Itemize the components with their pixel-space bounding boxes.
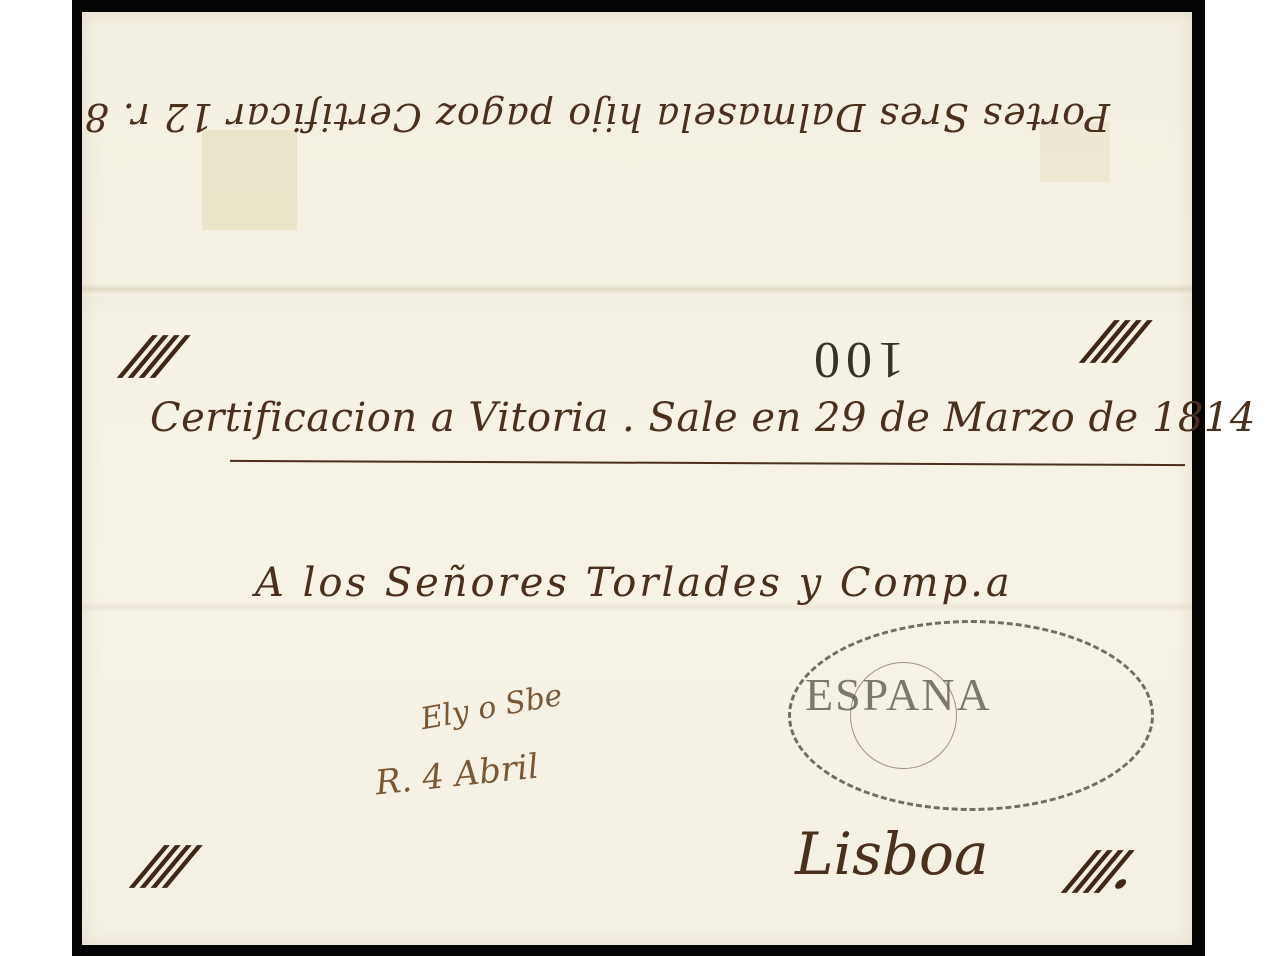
- destination-city: Lisboa: [795, 820, 988, 888]
- addressee-line: A los Señores Torlades y Comp.a: [255, 560, 1013, 606]
- upside-down-notation: Portes Sres Dalmasela hijo pagoz Certifi…: [110, 95, 1110, 139]
- certification-line: Certificacion a Vitoria . Sale en 29 de …: [150, 395, 1256, 441]
- numeral-handstamp: 100: [808, 330, 904, 389]
- oval-handstamp-text: ESPANA: [805, 668, 992, 721]
- paper-stain-left: [202, 130, 297, 230]
- horizontal-fold-top: [82, 284, 1192, 294]
